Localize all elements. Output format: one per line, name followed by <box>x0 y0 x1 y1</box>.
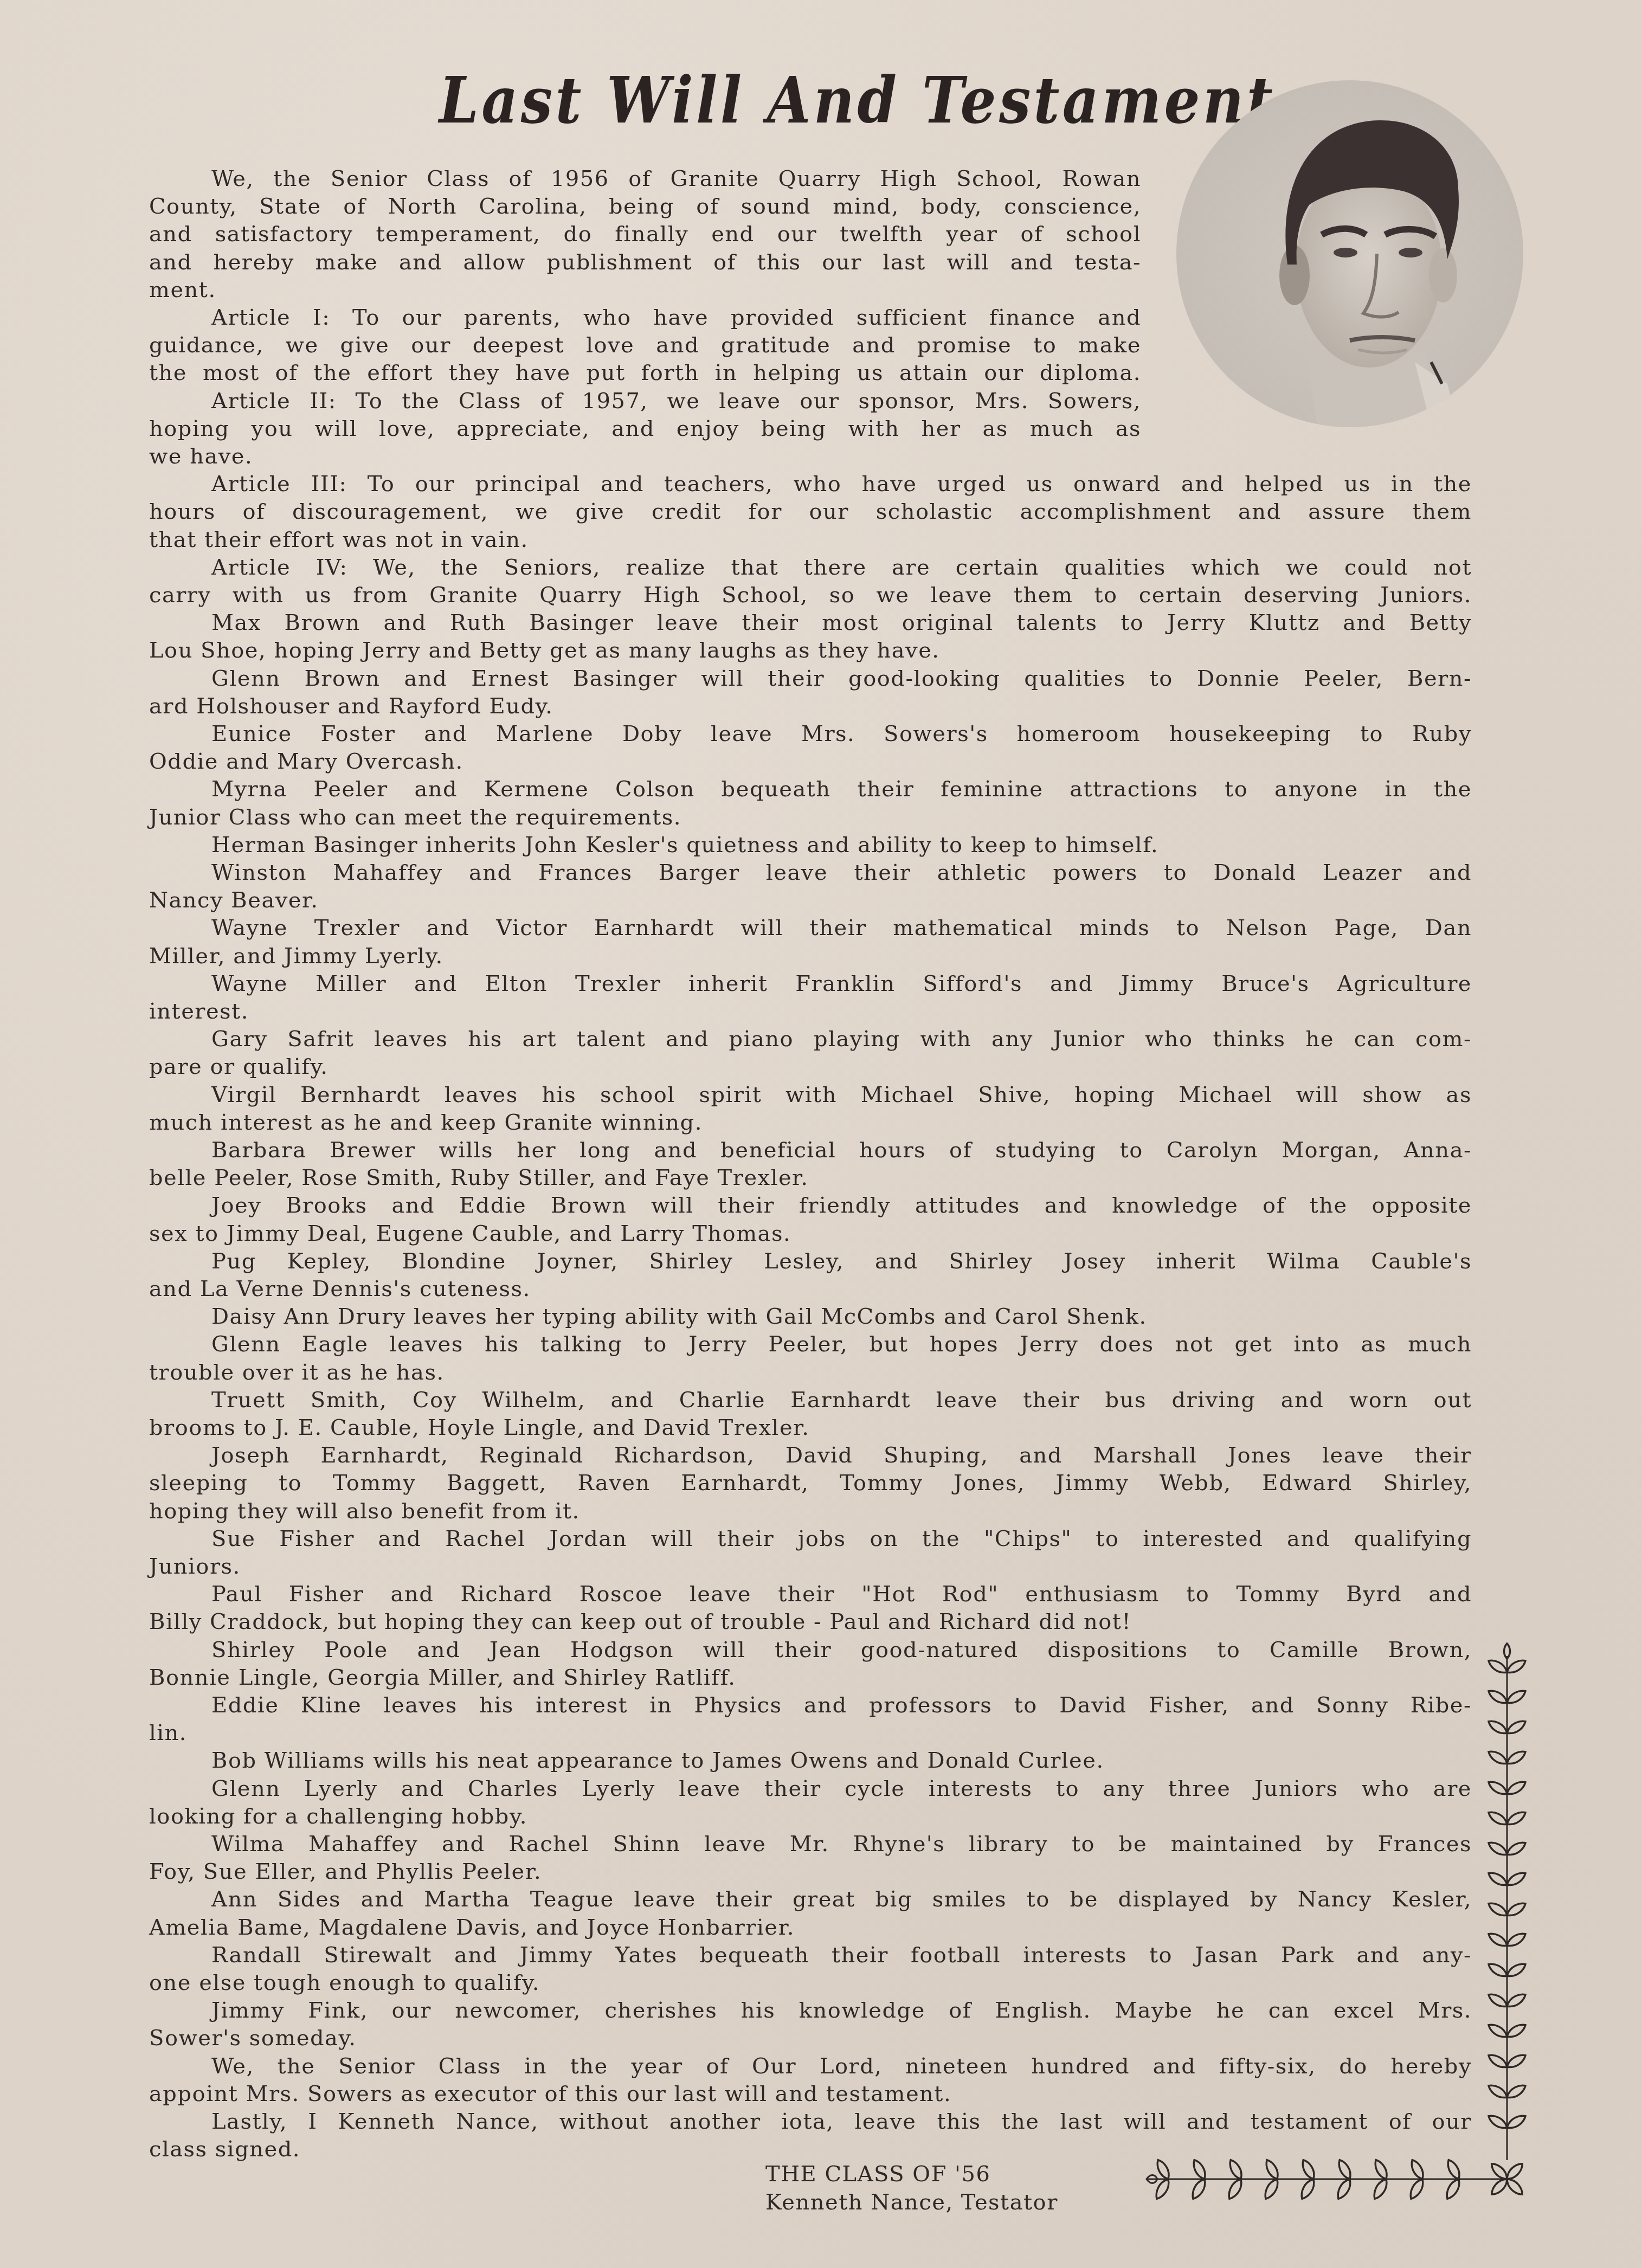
page-title: Last Will And Testament <box>439 60 1097 141</box>
will-line: Lou Shoe, hoping Jerry and Betty get as … <box>149 637 1472 664</box>
will-line: Shirley Poole and Jean Hodgson will thei… <box>149 1636 1472 1664</box>
will-line: much interest as he and keep Granite win… <box>149 1109 1472 1136</box>
will-line: interest. <box>149 998 1472 1025</box>
will-line: County, State of North Carolina, being o… <box>149 193 1141 220</box>
will-line: Sue Fisher and Rachel Jordan will their … <box>149 1525 1472 1552</box>
will-line: pare or qualify. <box>149 1053 1472 1080</box>
will-line: Lastly, I Kenneth Nance, without another… <box>149 2108 1472 2135</box>
will-line: Miller, and Jimmy Lyerly. <box>149 943 1472 970</box>
will-line: brooms to J. E. Cauble, Hoyle Lingle, an… <box>149 1414 1472 1441</box>
will-line: Billy Craddock, but hoping they can keep… <box>149 1608 1472 1635</box>
signature-testator: Kenneth Nance, Testator <box>765 2188 1058 2217</box>
will-line: Article IV: We, the Seniors, realize tha… <box>149 554 1472 581</box>
will-line: Truett Smith, Coy Wilhelm, and Charlie E… <box>149 1387 1472 1414</box>
will-line: belle Peeler, Rose Smith, Ruby Stiller, … <box>149 1164 1472 1191</box>
will-line: sex to Jimmy Deal, Eugene Cauble, and La… <box>149 1220 1472 1247</box>
will-line: Article II: To the Class of 1957, we lea… <box>149 388 1141 415</box>
signature-class: THE CLASS OF '56 <box>765 2160 991 2188</box>
will-line: appoint Mrs. Sowers as executor of this … <box>149 2080 1472 2108</box>
will-line: Paul Fisher and Richard Roscoe leave the… <box>149 1581 1472 1608</box>
will-line: Virgil Bernhardt leaves his school spiri… <box>149 1081 1472 1109</box>
will-line: Max Brown and Ruth Basinger leave their … <box>149 609 1472 636</box>
will-line: Daisy Ann Drury leaves her typing abilit… <box>149 1303 1472 1330</box>
will-line: Herman Basinger inherits John Kesler's q… <box>149 832 1472 859</box>
will-line: Winston Mahaffey and Frances Barger leav… <box>149 859 1472 886</box>
will-line: looking for a challenging hobby. <box>149 1803 1472 1830</box>
will-line: We, the Senior Class in the year of Our … <box>149 2053 1472 2080</box>
will-line: one else tough enough to qualify. <box>149 1969 1472 1996</box>
will-line: Amelia Bame, Magdalene Davis, and Joyce … <box>149 1914 1472 1941</box>
will-line: sleeping to Tommy Baggett, Raven Earnhar… <box>149 1470 1472 1497</box>
will-line: ard Holshouser and Rayford Eudy. <box>149 693 1472 720</box>
leaf-vine-horizontal-icon <box>1138 2147 1550 2212</box>
will-line: Glenn Eagle leaves his talking to Jerry … <box>149 1331 1472 1358</box>
will-line: and satisfactory temperament, do finally… <box>149 221 1141 248</box>
will-line: Jimmy Fink, our newcomer, cherishes his … <box>149 1997 1472 2024</box>
will-line: Barbara Brewer wills her long and benefi… <box>149 1137 1472 1164</box>
will-line: Glenn Brown and Ernest Basinger will the… <box>149 665 1472 692</box>
will-line: Bonnie Lingle, Georgia Miller, and Shirl… <box>149 1664 1472 1691</box>
will-line: Junior Class who can meet the requiremen… <box>149 804 1472 831</box>
will-line: Wilma Mahaffey and Rachel Shinn leave Mr… <box>149 1831 1472 1858</box>
will-line: ment. <box>149 276 1141 304</box>
will-line: We, the Senior Class of 1956 of Granite … <box>149 165 1141 192</box>
will-line: and La Verne Dennis's cuteness. <box>149 1275 1472 1303</box>
will-line: Pug Kepley, Blondine Joyner, Shirley Les… <box>149 1248 1472 1275</box>
will-line: Oddie and Mary Overcash. <box>149 748 1472 775</box>
will-line: guidance, we give our deepest love and g… <box>149 332 1141 359</box>
will-line: Eunice Foster and Marlene Doby leave Mrs… <box>149 720 1472 748</box>
will-line: Myrna Peeler and Kermene Colson bequeath… <box>149 776 1472 803</box>
will-line: Nancy Beaver. <box>149 887 1472 914</box>
will-line: the most of the effort they have put for… <box>149 359 1141 386</box>
will-line: Sower's someday. <box>149 2025 1472 2052</box>
will-line: Eddie Kline leaves his interest in Physi… <box>149 1692 1472 1719</box>
will-line: hours of discouragement, we give credit … <box>149 498 1472 525</box>
leaf-vine-vertical-icon <box>1474 1640 1540 2160</box>
will-line: Article I: To our parents, who have prov… <box>149 304 1141 331</box>
will-line: Joseph Earnhardt, Reginald Richardson, D… <box>149 1442 1472 1469</box>
will-line: hoping you will love, appreciate, and en… <box>149 415 1141 442</box>
portrait-photo-icon <box>1176 80 1523 427</box>
will-line: that their effort was not in vain. <box>149 526 1472 553</box>
will-line: Bob Williams wills his neat appearance t… <box>149 1747 1472 1774</box>
will-line: we have. <box>149 443 1141 470</box>
will-line: and hereby make and allow publishment of… <box>149 249 1141 276</box>
will-line: Foy, Sue Eller, and Phyllis Peeler. <box>149 1858 1472 1885</box>
will-line: hoping they will also benefit from it. <box>149 1498 1472 1525</box>
will-line: Ann Sides and Martha Teague leave their … <box>149 1886 1472 1913</box>
will-line: lin. <box>149 1719 1472 1747</box>
testator-portrait <box>1176 80 1523 427</box>
will-line: Joey Brooks and Eddie Brown will their f… <box>149 1192 1472 1219</box>
will-line: trouble over it as he has. <box>149 1359 1472 1386</box>
will-line: Juniors. <box>149 1553 1472 1580</box>
will-line: Article III: To our principal and teache… <box>149 471 1472 498</box>
will-line: Glenn Lyerly and Charles Lyerly leave th… <box>149 1775 1472 1802</box>
will-line: Randall Stirewalt and Jimmy Yates bequea… <box>149 1942 1472 1969</box>
will-line: carry with us from Granite Quarry High S… <box>149 582 1472 609</box>
will-line: Wayne Miller and Elton Trexler inherit F… <box>149 970 1472 997</box>
will-line: Wayne Trexler and Victor Earnhardt will … <box>149 914 1472 942</box>
will-line: Gary Safrit leaves his art talent and pi… <box>149 1026 1472 1053</box>
